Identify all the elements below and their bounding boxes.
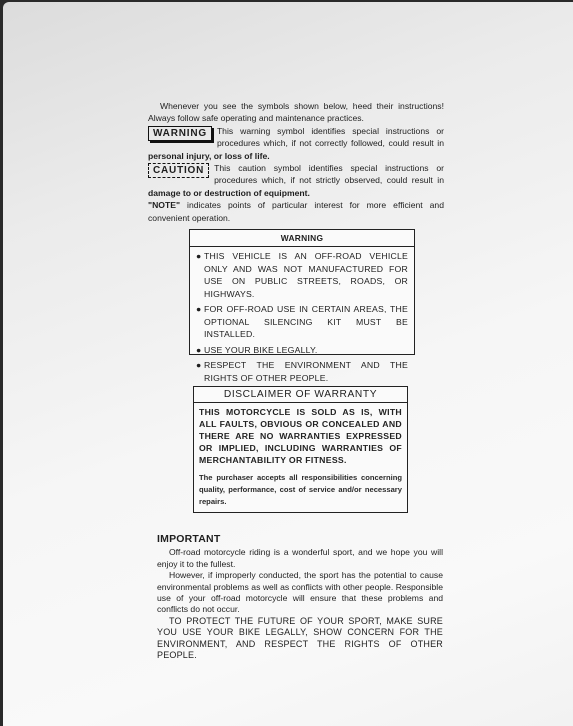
caution-symbol-row: CAUTION This caution symbol identifies s…: [148, 162, 444, 199]
caution-symbol-badge: CAUTION: [148, 163, 209, 178]
important-paragraph: However, if improperly conducted, the sp…: [157, 570, 443, 616]
warning-item-text: RESPECT THE ENVIRONMENT AND THE RIGHTS O…: [204, 360, 408, 383]
symbols-introduction: Whenever you see the symbols shown below…: [148, 100, 444, 224]
document-page: Whenever you see the symbols shown below…: [3, 2, 573, 726]
bullet-icon: ●: [196, 359, 201, 372]
warning-symbol-badge: WARNING: [148, 126, 212, 141]
important-heading: IMPORTANT: [157, 534, 443, 545]
warning-box-title: WARNING: [190, 230, 414, 247]
disclaimer-purchaser-text: The purchaser accepts all responsibiliti…: [194, 466, 407, 508]
warning-box: WARNING ●THIS VEHICLE IS AN OFF-ROAD VEH…: [189, 229, 415, 355]
bullet-icon: ●: [196, 344, 201, 357]
warning-item-text: USE YOUR BIKE LEGALLY.: [204, 345, 318, 355]
warning-symbol-row: WARNING This warning symbol identifies s…: [148, 125, 444, 162]
important-section: IMPORTANT Off-road motorcycle riding is …: [157, 534, 443, 661]
warning-consequence: personal injury, or loss of life.: [148, 151, 270, 161]
intro-paragraph: Whenever you see the symbols shown below…: [148, 100, 444, 125]
warning-list-item: ●USE YOUR BIKE LEGALLY.: [196, 344, 408, 357]
warning-item-text: THIS VEHICLE IS AN OFF-ROAD VEHICLE ONLY…: [204, 251, 408, 299]
warning-list-item: ●THIS VEHICLE IS AN OFF-ROAD VEHICLE ONL…: [196, 250, 408, 300]
important-paragraph: Off-road motorcycle riding is a wonderfu…: [157, 547, 443, 570]
note-label: "NOTE": [148, 200, 180, 210]
warning-list-item: ●RESPECT THE ENVIRONMENT AND THE RIGHTS …: [196, 359, 408, 384]
note-text: indicates points of particular interest …: [148, 200, 444, 222]
warning-item-text: FOR OFF-ROAD USE IN CERTAIN AREAS, THE O…: [204, 304, 408, 339]
disclaimer-box: DISCLAIMER OF WARRANTY THIS MOTORCYCLE I…: [193, 386, 408, 513]
note-paragraph: "NOTE" indicates points of particular in…: [148, 199, 444, 224]
warning-list: ●THIS VEHICLE IS AN OFF-ROAD VEHICLE ONL…: [190, 247, 414, 384]
caution-consequence: damage to or destruction of equipment.: [148, 188, 310, 198]
warning-symbol-description: This warning symbol identifies special i…: [217, 126, 444, 148]
warning-list-item: ●FOR OFF-ROAD USE IN CERTAIN AREAS, THE …: [196, 303, 408, 341]
caution-symbol-description: This caution symbol identifies special i…: [214, 163, 444, 185]
bullet-icon: ●: [196, 303, 201, 316]
important-paragraph: TO PROTECT THE FUTURE OF YOUR SPORT, MAK…: [157, 616, 443, 662]
disclaimer-main-text: THIS MOTORCYCLE IS SOLD AS IS, WITH ALL …: [194, 403, 407, 466]
bullet-icon: ●: [196, 250, 201, 263]
disclaimer-title: DISCLAIMER OF WARRANTY: [194, 387, 407, 403]
